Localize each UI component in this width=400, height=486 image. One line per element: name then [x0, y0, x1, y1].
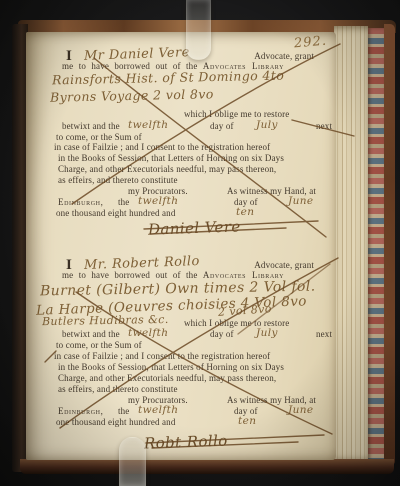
printed-betwixt: betwixt and the — [62, 329, 120, 339]
book-right-board — [384, 24, 395, 466]
printed-advocate-grant: Advocate, grant — [254, 51, 314, 61]
printed-edinburgh: Edinburgh, — [58, 406, 103, 416]
sign-day-fill: twelfth — [138, 195, 178, 207]
marbled-board-edge — [368, 28, 384, 460]
printed-advocate-grant: Advocate, grant — [254, 260, 314, 270]
photographed-book-scene: 292. I Mr Daniel Vere Advocate, grant me… — [0, 0, 400, 486]
printed-borrowed-prefix: me to have borrowed out of the — [62, 270, 197, 280]
entry1-year-line: one thousand eight hundred and ten — [26, 208, 336, 220]
entry2-year-line: one thousand eight hundred and ten — [26, 417, 336, 429]
printed-betwixt: betwixt and the — [62, 121, 120, 131]
printed-the: the — [118, 197, 129, 207]
printed-the: the — [118, 406, 129, 416]
page-number: 292. — [293, 34, 327, 52]
restore-month-fill: July — [256, 327, 278, 339]
book-annotation: 2 vol 8vo — [218, 302, 273, 319]
glass-page-weight-bottom — [119, 437, 146, 486]
printed-year-line: one thousand eight hundred and — [56, 417, 175, 427]
book-title: Byrons Voyage 2 vol 8vo — [50, 86, 214, 104]
printed-session: in the Books of Session, that Letters of… — [58, 153, 284, 163]
sign-month-fill: June — [288, 404, 314, 416]
borrower-signature: Robt Rollo — [144, 432, 228, 453]
restore-month-fill: July — [256, 119, 278, 131]
printed-day-of: day of — [210, 329, 234, 339]
printed-effeirs: as effeirs, and thereto constitute — [58, 175, 178, 185]
borrower-signature: Daniel Vere — [148, 217, 241, 238]
printed-edinburgh: Edinburgh, — [58, 197, 103, 207]
printed-restore-line: which I oblige me to restore — [184, 109, 289, 119]
printed-effeirs: as effeirs, and thereto constitute — [58, 384, 178, 394]
page-stack-edge — [334, 26, 368, 462]
year-word-fill: ten — [236, 206, 254, 218]
sign-day-fill: twelfth — [138, 404, 178, 416]
printed-charge: Charge, and other Executorials needful, … — [58, 373, 276, 383]
sign-month-fill: June — [288, 195, 314, 207]
printed-failzie: in case of Failzie ; and I consent to th… — [54, 351, 270, 361]
printed-next: next — [316, 121, 332, 131]
printed-next: next — [316, 329, 332, 339]
year-word-fill: ten — [238, 415, 256, 427]
entry2-borrowed-line: me to have borrowed out of the Advocates… — [62, 270, 284, 280]
printed-year-line: one thousand eight hundred and — [56, 208, 175, 218]
printed-session: in the Books of Session, that Letters of… — [58, 362, 284, 372]
book-title: Butlers Hudibras &c. — [42, 313, 169, 328]
restore-day-fill: twelfth — [128, 327, 168, 339]
printed-failzie: in case of Failzie ; and I consent to th… — [54, 142, 270, 152]
book-bottom-edge — [20, 459, 394, 474]
printed-to-come: to come, or the Sum of — [56, 340, 142, 350]
glass-page-weight-top — [186, 0, 211, 60]
restore-day-fill: twelfth — [128, 119, 168, 131]
printed-to-come: to come, or the Sum of — [56, 132, 142, 142]
printed-charge: Charge, and other Executorials needful, … — [58, 164, 276, 174]
printed-day-of: day of — [210, 121, 234, 131]
register-page: 292. I Mr Daniel Vere Advocate, grant me… — [26, 32, 336, 460]
